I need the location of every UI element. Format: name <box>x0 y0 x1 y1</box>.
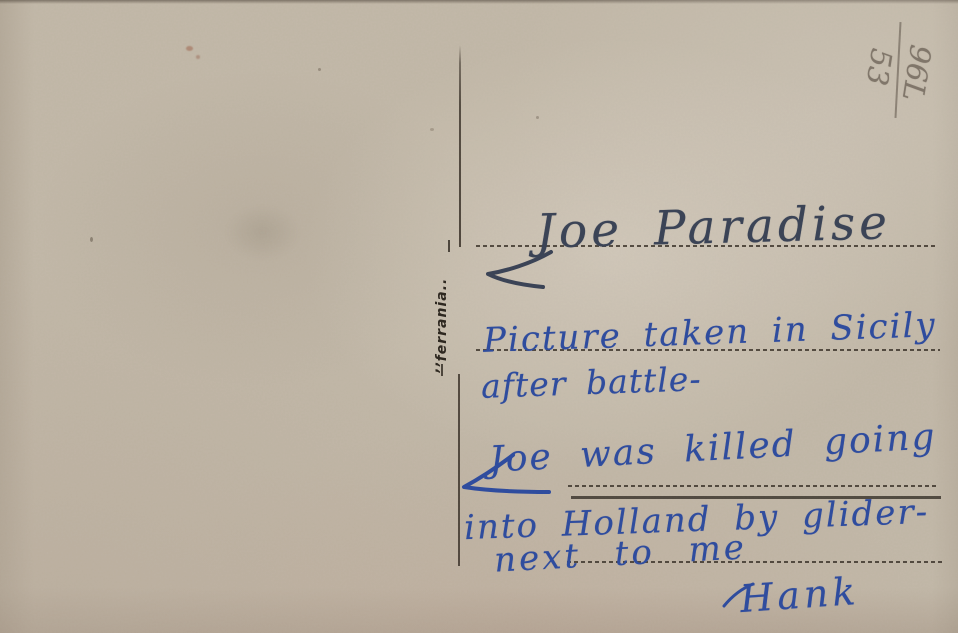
paper-smudge <box>225 205 300 260</box>
pencil-number-top: 96L <box>896 43 938 104</box>
pencil-archive-number: 96L 53 <box>827 1 958 139</box>
postcard-back-photo: ’’ferrania.. 96L 53 Joe Paradise Picture… <box>0 0 958 633</box>
pencil-number-bottom: 53 <box>860 46 899 88</box>
handwritten-caption-line1: Picture taken in Sicily <box>482 305 937 361</box>
paper-speck <box>430 128 434 131</box>
address-rule-3 <box>568 485 936 487</box>
handwritten-name: Joe Paradise <box>535 195 891 259</box>
handwritten-caption-line2: after battle- <box>480 359 702 406</box>
paper-speck <box>318 68 321 71</box>
paper-speck <box>90 237 93 242</box>
handwritten-signature: Hank <box>739 569 861 621</box>
paper-speck <box>196 55 200 59</box>
divider-tick-bottom <box>441 364 443 376</box>
brand-mark-ferrania: ’’ferrania.. <box>434 248 450 374</box>
handwritten-note-line1: Joe was killed going <box>488 416 937 480</box>
paper-speck <box>536 116 539 119</box>
divider-line-lower <box>458 374 460 566</box>
divider-line-upper <box>459 45 461 247</box>
paper-speck <box>186 46 193 51</box>
